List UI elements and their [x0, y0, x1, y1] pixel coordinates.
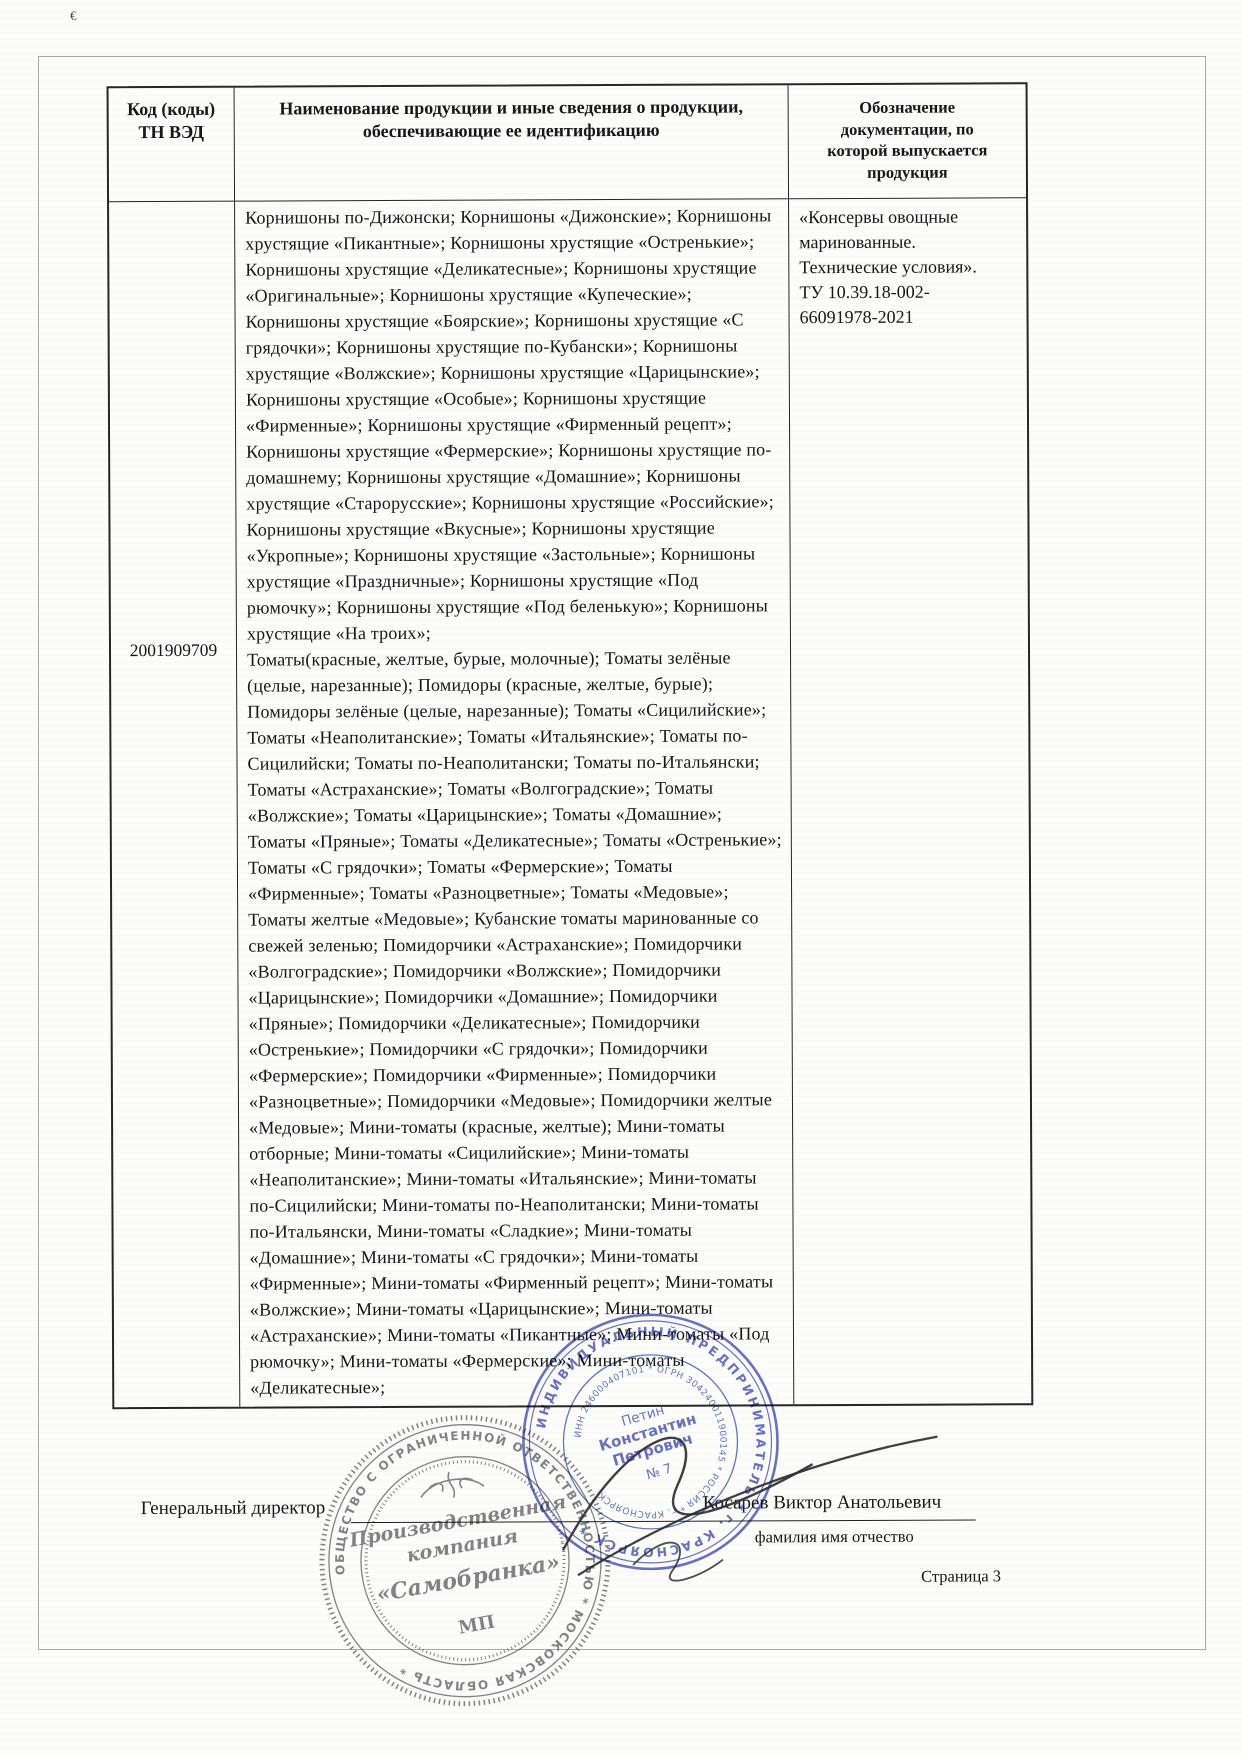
entrepreneur-stamp-name-block: Петин Константин Петрович № 7	[592, 1394, 709, 1493]
director-title-label: Генеральный директор	[141, 1497, 326, 1520]
header-documentation: Обозначение документации, по которой вып…	[789, 84, 1026, 199]
company-stamp-mp-mark: МП	[457, 1612, 497, 1639]
header-product-name: Наименование продукции и иные сведения о…	[235, 85, 789, 201]
cell-product-list: Корнишоны по-Дижонски; Корнишоны «Дижонс…	[235, 199, 794, 1406]
svg-text:ОБЩЕСТВО С ОГРАНИЧЕННОЙ ОТВЕТС: ОБЩЕСТВО С ОГРАНИЧЕННОЙ ОТВЕТСТВЕННОСТЬЮ…	[312, 1407, 619, 1714]
company-stamp-line3: «Самобранка»	[375, 1549, 562, 1608]
header-code-tnved: Код (коды) ТН ВЭД	[109, 88, 235, 203]
company-round-stamp: ОБЩЕСТВО С ОГРАНИЧЕННОЙ ОТВЕТСТВЕННОСТЬЮ…	[291, 1386, 640, 1735]
entrepreneur-stamp-number: № 7	[645, 1461, 674, 1483]
entrepreneur-name-line3: Петрович	[610, 1429, 694, 1469]
stamp-beaded-border	[299, 1395, 631, 1727]
name-caption: фамилия имя отчество	[755, 1527, 914, 1548]
document-sheet: Код (коды) ТН ВЭД Наименование продукции…	[0, 0, 1242, 1755]
page-number: Страница 3	[921, 1566, 1001, 1586]
product-declaration-table: Код (коды) ТН ВЭД Наименование продукции…	[107, 82, 1034, 1409]
company-stamp-ring-text: ОБЩЕСТВО С ОГРАНИЧЕННОЙ ОТВЕТСТВЕННОСТЬЮ…	[312, 1407, 619, 1714]
cell-tnved-code: 2001909709	[109, 202, 240, 1408]
signature-line	[351, 1519, 976, 1523]
entrepreneur-name-line2: Константин	[597, 1410, 699, 1455]
cell-documentation: «Консервы овощные маринованные. Техничес…	[789, 198, 1031, 1404]
company-stamp-line2: компания	[405, 1525, 520, 1567]
director-name: Косарев Виктор Анатольевич	[703, 1492, 942, 1515]
stamp-flourish-ornament	[417, 1466, 485, 1503]
